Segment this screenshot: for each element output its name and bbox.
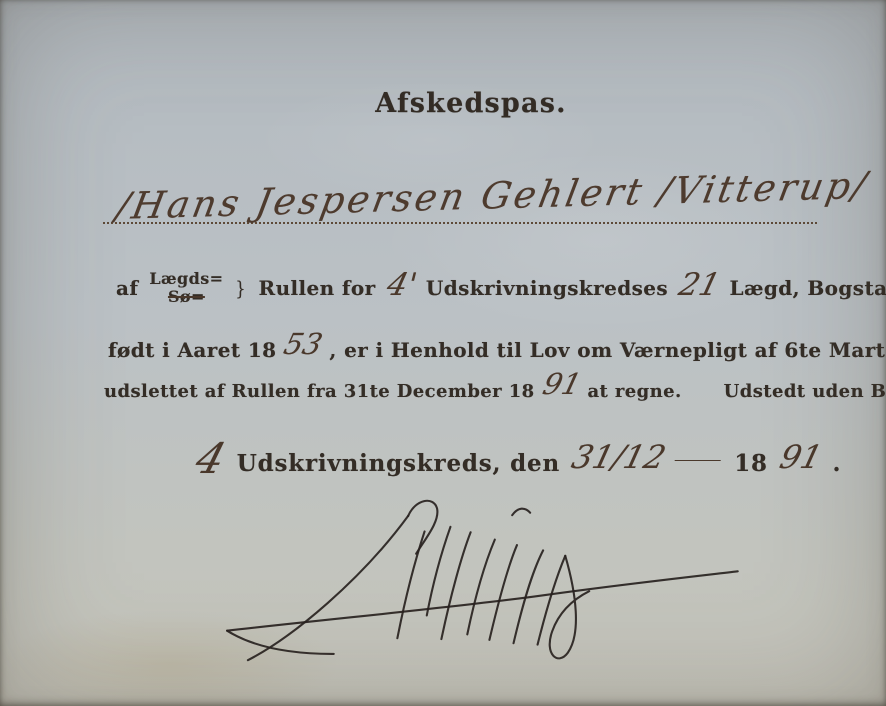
label-af: af (116, 277, 138, 300)
name-line: /Hans Jespersen Gehlert /Vitterup/ (103, 160, 817, 224)
form-line-roll: af Lægds= Sø= } Rullen for 4' Udskrivnin… (116, 262, 886, 314)
label-soe-struck: Sø= (149, 288, 223, 306)
form-line-deletion: udslettet af Rullen fra 31te December 18… (104, 370, 886, 404)
handwritten-kreds-number: 4' (383, 267, 420, 303)
label-udskrivningskreds-den: Udskrivningskreds, den (237, 451, 560, 477)
signature (210, 485, 755, 685)
label-laegd-bogstav: Lægd, Bogstav (730, 277, 886, 300)
label-deletion-prefix: udslettet af Rullen fra 31te December 18 (104, 382, 535, 403)
handwritten-dash-date (675, 460, 721, 461)
label-at-regne: at regne. (587, 382, 681, 403)
date-period: . (833, 451, 842, 477)
handwritten-year: 91 (776, 438, 826, 476)
label-laegds: Lægds= (149, 270, 223, 288)
handwritten-laegd-number: 21 (675, 267, 723, 303)
label-law-reference: , er i Henhold til Lov om Værnepligt af … (329, 339, 886, 362)
label-udskrivningskredses: Udskrivningskredses (426, 277, 668, 300)
laegds-soe-stack: Lægds= Sø= (149, 270, 223, 307)
recruit-name-handwritten: /Hans Jespersen Gehlert /Vitterup/ (113, 164, 872, 228)
brace-glyph: } (236, 277, 247, 300)
signature-flourish (210, 485, 755, 685)
label-rullen-for: Rullen for (259, 277, 376, 300)
handwritten-date: 31/12 (568, 438, 670, 476)
label-birth-year-prefix: født i Aaret 18 (108, 339, 276, 362)
form-line-birth: født i Aaret 18 53 , er i Henhold til Lo… (108, 330, 886, 364)
document-photo: Afskedspas. /Hans Jespersen Gehlert /Vit… (0, 0, 886, 706)
label-udstedt-uden-betaling: Udstedt uden Betaling. (724, 382, 886, 403)
label-century: 18 (734, 451, 768, 477)
handwritten-birth-year: 53 (281, 327, 326, 361)
date-line: 4 Udskrivningskreds, den 31/12 18 91 . (198, 432, 841, 481)
handwritten-kreds-number-date: 4 (190, 434, 231, 483)
document-title: Afskedspas. (0, 88, 886, 119)
handwritten-deletion-year: 91 (539, 367, 584, 401)
